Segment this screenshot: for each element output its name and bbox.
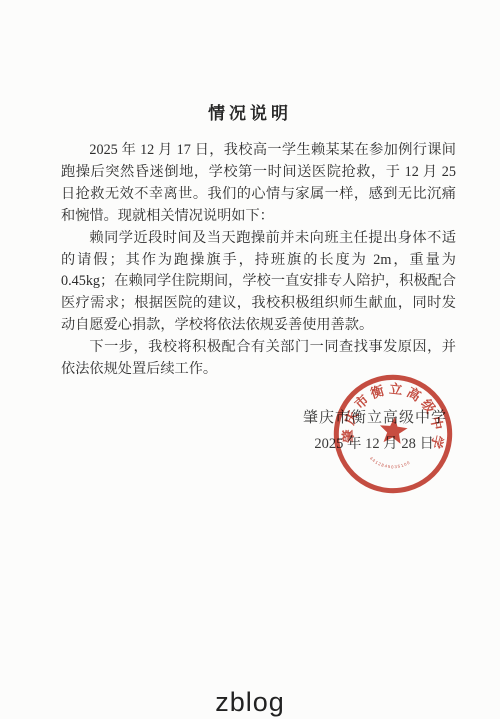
signature-date: 2025 年 12 月 28 日 [314, 432, 434, 453]
watermark-zblog: zblog [0, 687, 500, 718]
document-body: 2025 年 12 月 17 日，我校高一学生赖某某在参加例行课间跑操后突然昏迷… [61, 140, 456, 381]
document-page: 情况说明 2025 年 12 月 17 日，我校高一学生赖某某在参加例行课间跑操… [0, 0, 500, 719]
paragraph-details: 赖同学近段时间及当天跑操前并未向班主任提出身体不适的请假；其作为跑操旗手，持班旗… [61, 228, 456, 338]
document-title: 情况说明 [0, 99, 500, 124]
paragraph-followup: 下一步，我校将积极配合有关部门一同查找事发原因，并依法依规处置后续工作。 [61, 337, 456, 381]
paragraph-incident: 2025 年 12 月 17 日，我校高一学生赖某某在参加例行课间跑操后突然昏迷… [61, 140, 456, 228]
seal-serial-number: 4412845035100 [368, 455, 412, 471]
signature-organization: 肇庆市衡立高级中学 [303, 406, 447, 427]
